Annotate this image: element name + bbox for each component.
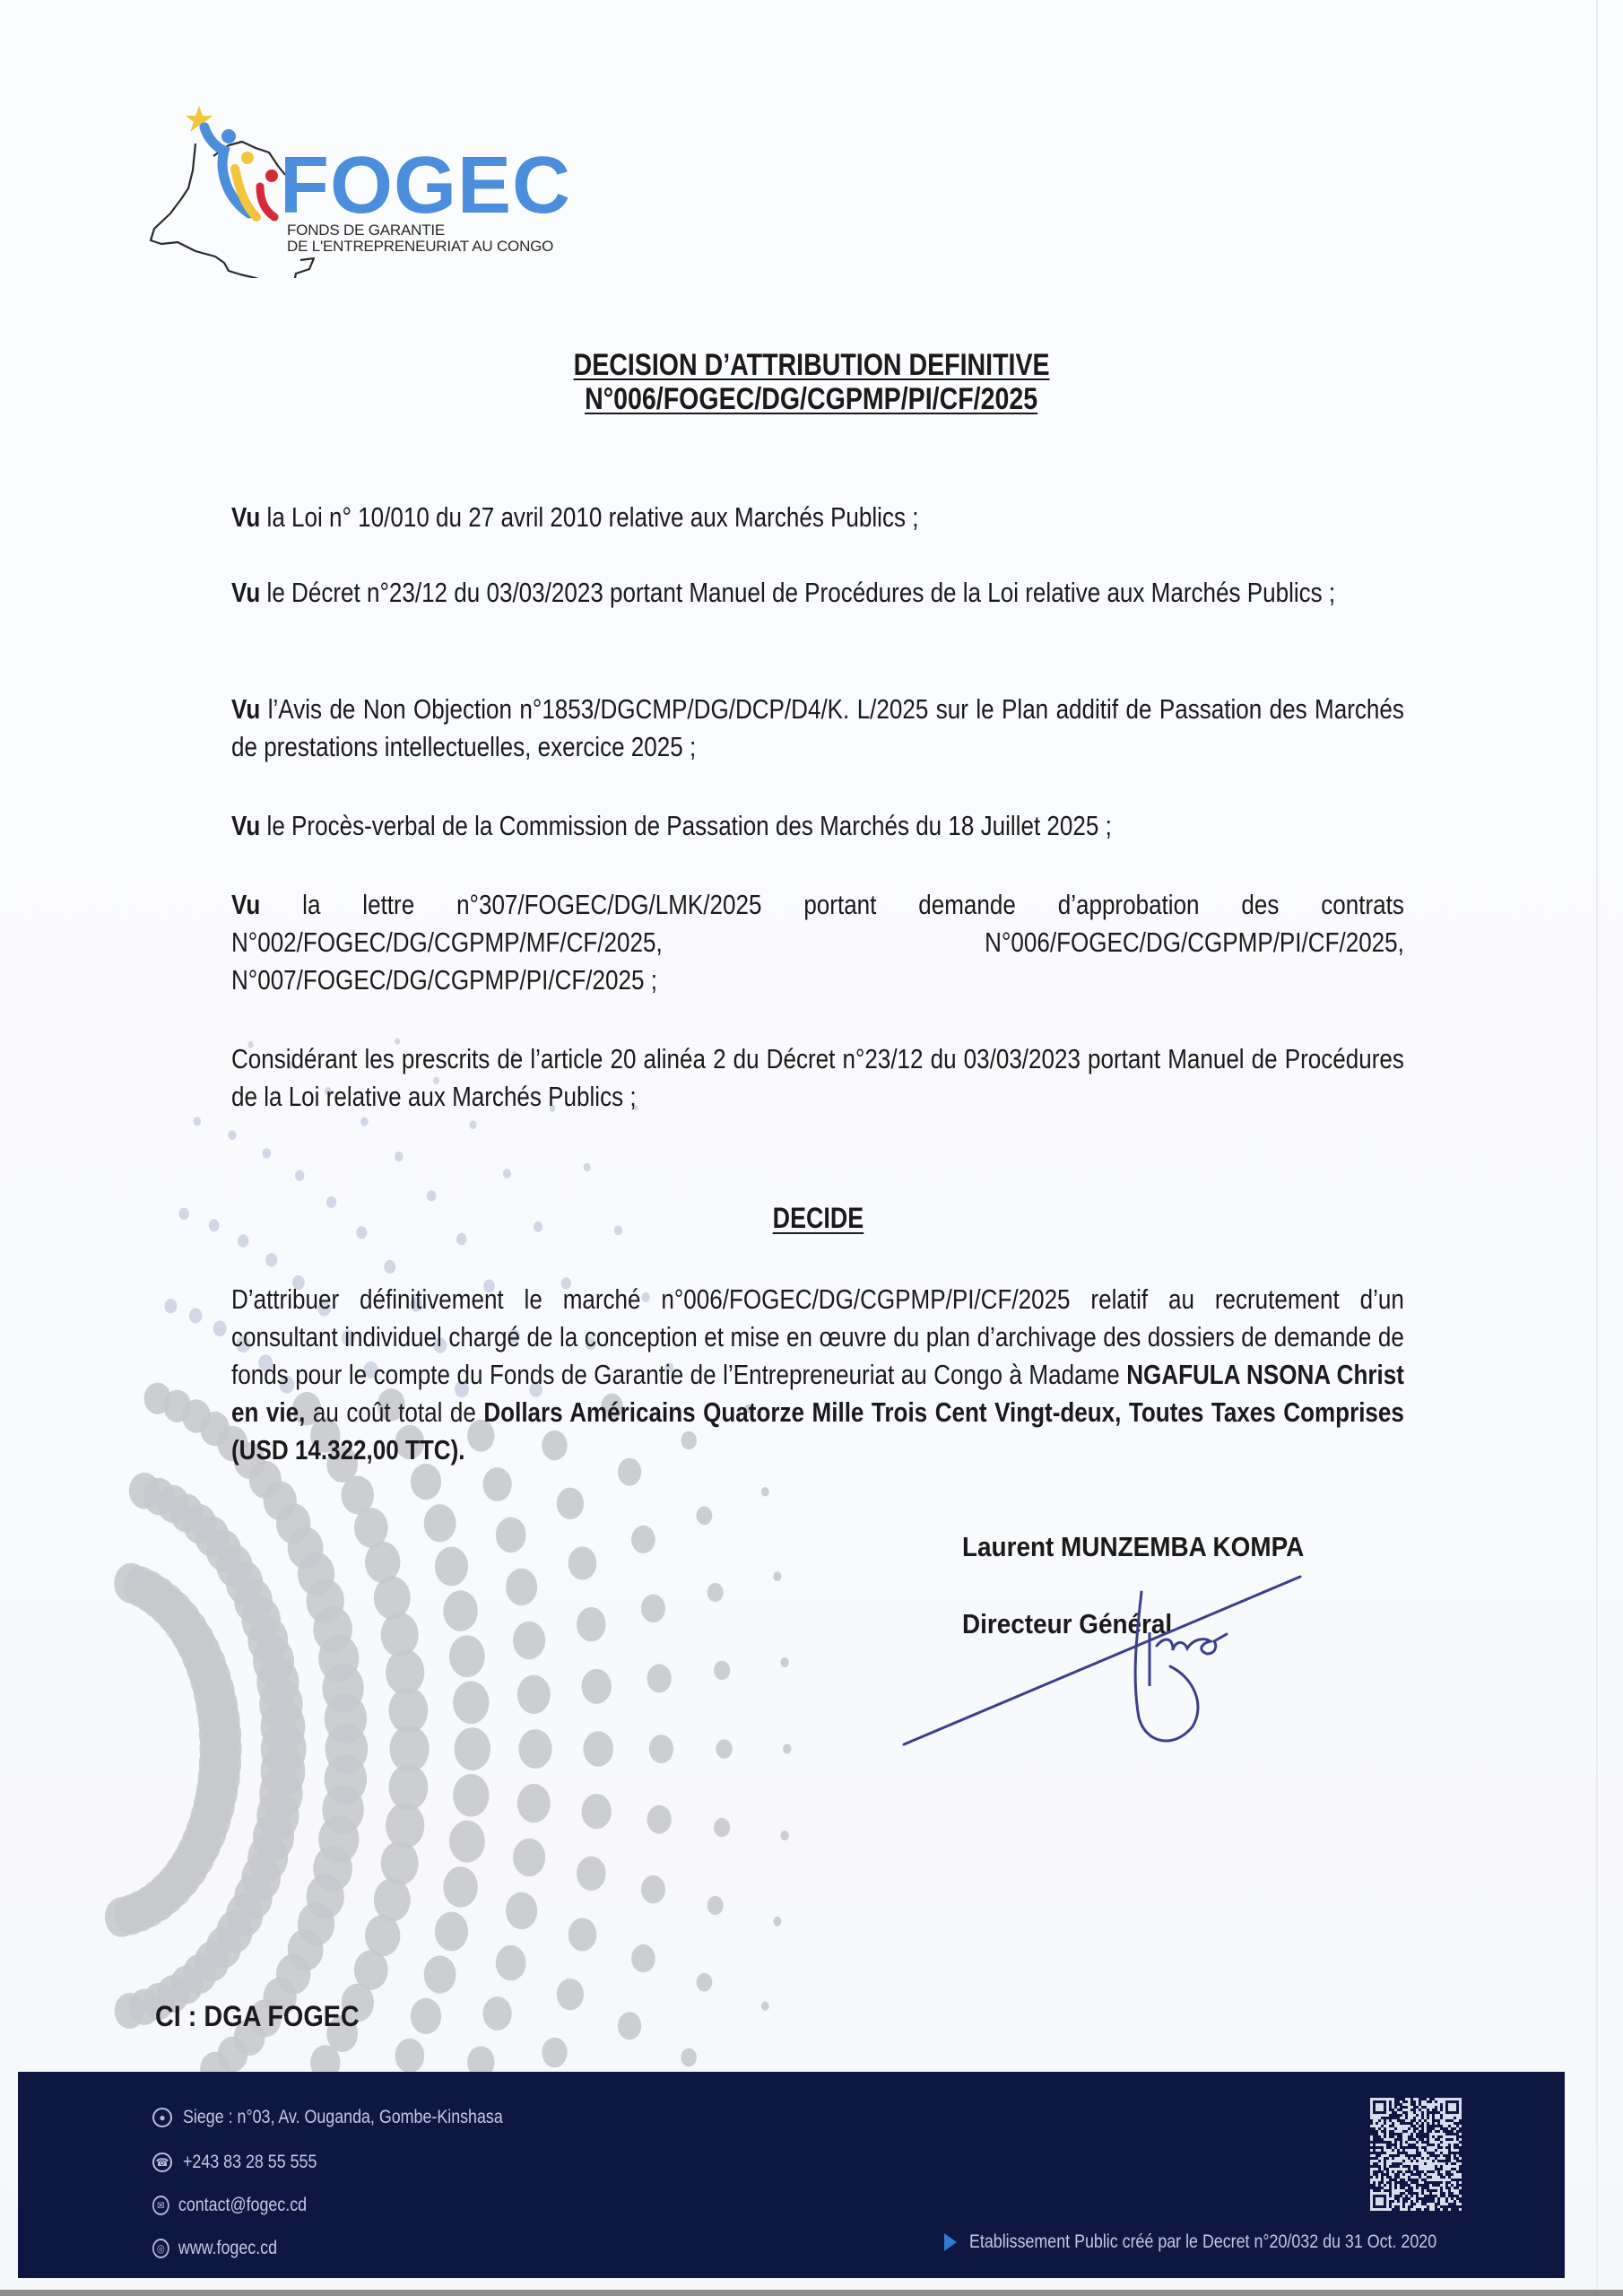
consideration-5: Vu la lettre n°307/FOGEC/DG/LMK/2025 por… [231, 886, 1404, 999]
footer-email: ✉ contact@fogec.cd [152, 2192, 334, 2219]
consideration-lead: Vu [231, 693, 260, 725]
logo-wordmark: FOGEC [280, 145, 571, 226]
consideration-1: Vu la Loi n° 10/010 du 27 avril 2010 rel… [231, 499, 1404, 536]
footer-address-text: Siege : n°03, Av. Ouganda, Gombe-Kinshas… [183, 2107, 503, 2128]
letterhead-footer: ● Siege : n°03, Av. Ouganda, Gombe-Kinsh… [18, 2072, 1565, 2278]
consideration-text: Considérant les prescrits de l’article 2… [231, 1043, 1404, 1112]
consideration-lead: Vu [231, 810, 260, 841]
footer-website: ◎ www.fogec.cd [152, 2235, 299, 2262]
location-pin-icon: ● [152, 2108, 172, 2127]
consideration-4: Vu le Procès-verbal de la Commission de … [231, 807, 1404, 845]
footer-website-text: www.fogec.cd [178, 2238, 277, 2259]
consideration-text: l’Avis de Non Objection n°1853/DGCMP/DG/… [231, 693, 1404, 762]
decision-number-text: N°006/FOGEC/DG/CGPMP/PI/CF/2025 [585, 382, 1037, 416]
consideration-lead: Vu [231, 577, 260, 608]
decision-text-cost: au coût total de [305, 1396, 483, 1428]
footer-phone: ☎ +243 83 28 55 555 [152, 2149, 341, 2176]
handwritten-signature [888, 1561, 1354, 1767]
scan-bottom-edge [0, 2290, 1623, 2296]
copy-to: CI : DGA FOGEC [155, 2000, 360, 2032]
footer-email-link[interactable]: ✉ contact@fogec.cd [152, 2195, 307, 2216]
consideration-lead: Vu [231, 501, 260, 533]
consideration-text: le Décret n°23/12 du 03/03/2023 portant … [260, 577, 1335, 608]
consideration-lead: Vu [231, 889, 260, 920]
decide-heading: DECIDE [0, 1202, 1623, 1234]
decision-number: N°006/FOGEC/DG/CGPMP/PI/CF/2025 [0, 382, 1623, 416]
footer-legal-note-text: Etablissement Public créé par le Decret … [969, 2231, 1436, 2253]
footer-email-text: contact@fogec.cd [178, 2195, 307, 2216]
consideration-2: Vu le Décret n°23/12 du 03/03/2023 porta… [231, 574, 1404, 612]
qr-code[interactable] [1370, 2097, 1462, 2212]
logo-subtitle: FONDS DE GARANTIE DE L'ENTREPRENEURIAT A… [287, 222, 553, 255]
footer-website-link[interactable]: ◎ www.fogec.cd [152, 2238, 277, 2259]
logo-subtitle-line2: DE L'ENTREPRENEURIAT AU CONGO [287, 239, 553, 255]
footer-address: ● Siege : n°03, Av. Ouganda, Gombe-Kinsh… [152, 2104, 560, 2131]
consideration-6: Considérant les prescrits de l’article 2… [231, 1040, 1404, 1116]
consideration-3: Vu l’Avis de Non Objection n°1853/DGCMP/… [231, 691, 1404, 766]
phone-icon: ☎ [152, 2152, 172, 2172]
logo-subtitle-line1: FONDS DE GARANTIE [287, 222, 553, 239]
halftone-dot-pattern [0, 0, 1623, 2296]
footer-legal-note: Etablissement Public créé par le Decret … [944, 2231, 1519, 2253]
scan-edge-line [1596, 0, 1598, 2290]
decision-title: DECISION D’ATTRIBUTION DEFINITIVE [0, 348, 1623, 382]
decide-heading-text: DECIDE [772, 1202, 864, 1234]
consideration-text: la lettre n°307/FOGEC/DG/LMK/2025 portan… [231, 889, 1404, 996]
footer-phone-text: +243 83 28 55 555 [183, 2152, 317, 2173]
signatory-name: Laurent MUNZEMBA KOMPA [962, 1531, 1304, 1563]
document-page: FOGEC FONDS DE GARANTIE DE L'ENTREPRENEU… [0, 0, 1623, 2296]
email-icon: ✉ [152, 2196, 169, 2215]
triangle-bullet-icon [944, 2233, 957, 2251]
consideration-text: le Procès-verbal de la Commission de Pas… [260, 810, 1112, 841]
decision-body: D’attribuer définitivement le marché n°0… [231, 1281, 1404, 1469]
decision-title-line1: DECISION D’ATTRIBUTION DEFINITIVE [573, 348, 1049, 382]
fogec-logo: FOGEC FONDS DE GARANTIE DE L'ENTREPRENEU… [143, 99, 565, 278]
consideration-text: la Loi n° 10/010 du 27 avril 2010 relati… [260, 501, 918, 533]
globe-icon: ◎ [152, 2239, 169, 2258]
